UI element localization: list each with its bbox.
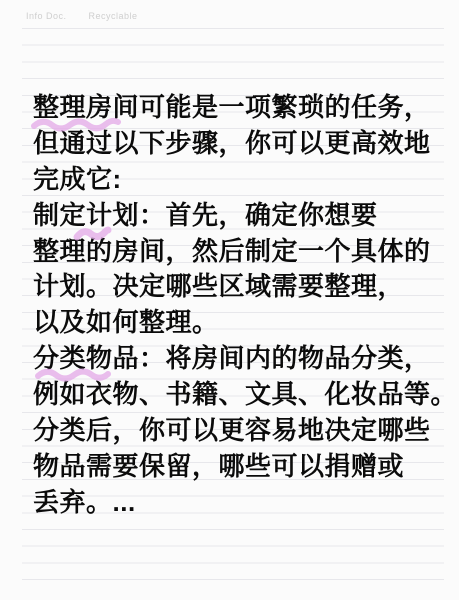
note-body: 整理房间可能是一项繁琐的任务， 但通过以下步骤，你可以更高效地 完成它: 制定计… <box>33 90 443 521</box>
note-line: 分类后，你可以更容易地决定哪些 <box>33 413 443 449</box>
tag-info-doc[interactable]: Info Doc. <box>26 11 67 21</box>
note-line: 完成它: <box>33 162 443 198</box>
bottom-fade <box>0 586 459 600</box>
note-line: 物品需要保留，哪些可以捐赠或 <box>33 449 443 485</box>
note-line: 制定计划：首先，确定你想要 <box>33 198 443 234</box>
tag-recyclable[interactable]: Recyclable <box>89 11 138 21</box>
note-line: 整理房间可能是一项繁琐的任务， <box>33 90 443 126</box>
note-line: 丢弃。... <box>33 485 443 521</box>
note-line: 例如衣物、书籍、文具、化妆品等。 <box>33 377 443 413</box>
note-line: 计划。决定哪些区域需要整理， <box>33 269 443 305</box>
note-line: 分类物品：将房间内的物品分类， <box>33 341 443 377</box>
note-line: 以及如何整理。 <box>33 305 443 341</box>
header-tag-row: Info Doc. Recyclable <box>26 8 138 24</box>
note-line: 整理的房间，然后制定一个具体的 <box>33 234 443 270</box>
note-line: 但通过以下步骤，你可以更高效地 <box>33 126 443 162</box>
note-page: Info Doc. Recyclable 整理房间可能是一项繁琐的任务， 但通过… <box>0 0 459 600</box>
